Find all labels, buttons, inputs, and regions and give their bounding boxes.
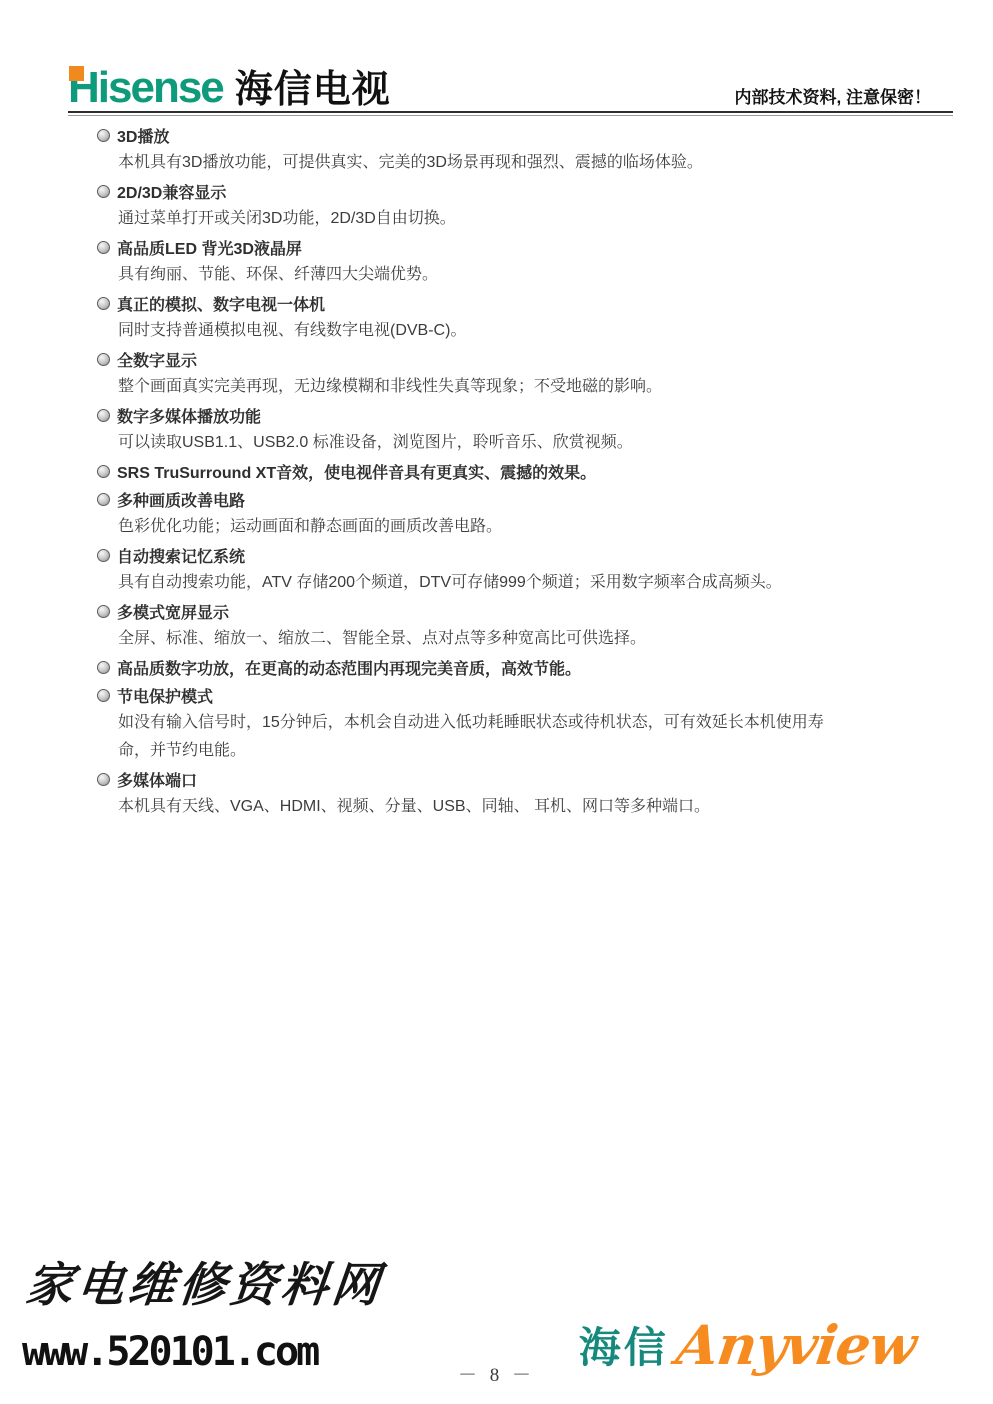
feature-list: 3D播放 本机具有3D播放功能，可提供真实、完美的3D场景再现和强烈、震撼的临场…	[97, 121, 943, 821]
feature-title: 3D播放	[117, 124, 169, 147]
feature-title: 多媒体端口	[117, 768, 197, 791]
feature-title: 高品质LED 背光3D液晶屏	[117, 236, 302, 259]
bullet-sphere-icon	[97, 465, 110, 478]
feature-item: 多种画质改善电路 色彩优化功能；运动画面和静态画面的画质改善电路。	[97, 485, 943, 541]
feature-title: 多种画质改善电路	[117, 488, 245, 511]
feature-title: 数字多媒体播放功能	[117, 404, 261, 427]
feature-body-line: 通过菜单打开或关闭3D功能，2D/3D自由切换。	[118, 205, 943, 233]
feature-body-line: 本机具有3D播放功能，可提供真实、完美的3D场景再现和强烈、震撼的临场体验。	[118, 149, 943, 177]
feature-item: 真正的模拟、数字电视一体机 同时支持普通模拟电视、有线数字电视(DVB-C)。	[97, 289, 943, 345]
feature-title: 真正的模拟、数字电视一体机	[117, 292, 325, 315]
feature-body-line: 可以读取USB1.1、USB2.0 标准设备，浏览图片，聆听音乐、欣赏视频。	[118, 429, 943, 457]
feature-body-line: 本机具有天线、VGA、HDMI、视频、分量、USB、同轴、 耳机、网口等多种端口…	[118, 793, 943, 821]
page-header: Hisense 海信电视 内部技术资料, 注意保密！	[68, 58, 931, 110]
bullet-sphere-icon	[97, 297, 110, 310]
feature-item: 3D播放 本机具有3D播放功能，可提供真实、完美的3D场景再现和强烈、震撼的临场…	[97, 121, 943, 177]
feature-item: 高品质数字功放，在更高的动态范围内再现完美音质，高效节能。	[97, 653, 943, 681]
feature-title: 高品质数字功放，在更高的动态范围内再现完美音质，高效节能。	[117, 656, 581, 679]
bullet-sphere-icon	[97, 241, 110, 254]
feature-title: 多模式宽屏显示	[117, 600, 229, 623]
anyview-logo: 海信 Anyview	[579, 1315, 915, 1375]
feature-title: 自动搜索记忆系统	[117, 544, 245, 567]
hisense-wordmark: Hisense	[68, 66, 223, 110]
bullet-sphere-icon	[97, 409, 110, 422]
bullet-sphere-icon	[97, 661, 110, 674]
feature-item: 数字多媒体播放功能 可以读取USB1.1、USB2.0 标准设备，浏览图片，聆听…	[97, 401, 943, 457]
feature-title: SRS TruSurround XT音效，使电视伴音具有更真实、震撼的效果。	[117, 460, 596, 483]
document-page: Hisense 海信电视 内部技术资料, 注意保密！ 3D播放 本机具有3D播放…	[0, 0, 993, 1404]
feature-body-line: 具有绚丽、节能、环保、纤薄四大尖端优势。	[118, 261, 943, 289]
feature-title: 节电保护模式	[117, 684, 213, 707]
feature-item: 高品质LED 背光3D液晶屏 具有绚丽、节能、环保、纤薄四大尖端优势。	[97, 233, 943, 289]
brand-hisense-cn: 海信	[579, 1315, 669, 1375]
feature-item: 2D/3D兼容显示 通过菜单打开或关闭3D功能，2D/3D自由切换。	[97, 177, 943, 233]
feature-body-line: 命，并节约电能。	[118, 737, 943, 765]
feature-item: 自动搜索记忆系统 具有自动搜索功能，ATV 存储200个频道，DTV可存储999…	[97, 541, 943, 597]
feature-body-line: 整个画面真实完美再现，无边缘模糊和非线性失真等现象；不受地磁的影响。	[118, 373, 943, 401]
feature-body-line: 同时支持普通模拟电视、有线数字电视(DVB-C)。	[118, 317, 943, 345]
feature-body-line: 全屏、标准、缩放一、缩放二、智能全景、点对点等多种宽高比可供选择。	[118, 625, 943, 653]
feature-item: 多媒体端口 本机具有天线、VGA、HDMI、视频、分量、USB、同轴、 耳机、网…	[97, 765, 943, 821]
feature-item: 节电保护模式 如没有输入信号时，15分钟后，本机会自动进入低功耗睡眠状态或待机状…	[97, 681, 943, 765]
logo-accent-square-icon	[69, 66, 84, 81]
bullet-sphere-icon	[97, 773, 110, 786]
hisense-wordmark-text: Hisense	[68, 63, 223, 112]
feature-body-line: 如没有输入信号时，15分钟后，本机会自动进入低功耗睡眠状态或待机状态，可有效延长…	[118, 709, 943, 737]
logo-chinese-text: 海信电视	[235, 70, 391, 110]
bullet-sphere-icon	[97, 689, 110, 702]
feature-title: 全数字显示	[117, 348, 197, 371]
feature-body-line: 色彩优化功能；运动画面和静态画面的画质改善电路。	[118, 513, 943, 541]
feature-title: 2D/3D兼容显示	[117, 180, 226, 203]
feature-item: 全数字显示 整个画面真实完美再现，无边缘模糊和非线性失真等现象；不受地磁的影响。	[97, 345, 943, 401]
feature-item: 多模式宽屏显示 全屏、标准、缩放一、缩放二、智能全景、点对点等多种宽高比可供选择…	[97, 597, 943, 653]
bullet-sphere-icon	[97, 185, 110, 198]
bullet-sphere-icon	[97, 129, 110, 142]
hisense-logo: Hisense 海信电视	[68, 66, 391, 110]
header-divider	[68, 111, 953, 116]
bullet-sphere-icon	[97, 605, 110, 618]
feature-item: SRS TruSurround XT音效，使电视伴音具有更真实、震撼的效果。	[97, 457, 943, 485]
confidential-notice: 内部技术资料, 注意保密！	[735, 83, 931, 110]
bullet-sphere-icon	[97, 549, 110, 562]
feature-body-line: 具有自动搜索功能，ATV 存储200个频道，DTV可存储999个频道；采用数字频…	[118, 569, 943, 597]
watermark-site-name: 家电维修资料网	[23, 1258, 386, 1314]
brand-anyview-wordmark: Anyview	[673, 1315, 920, 1375]
bullet-sphere-icon	[97, 493, 110, 506]
bullet-sphere-icon	[97, 353, 110, 366]
